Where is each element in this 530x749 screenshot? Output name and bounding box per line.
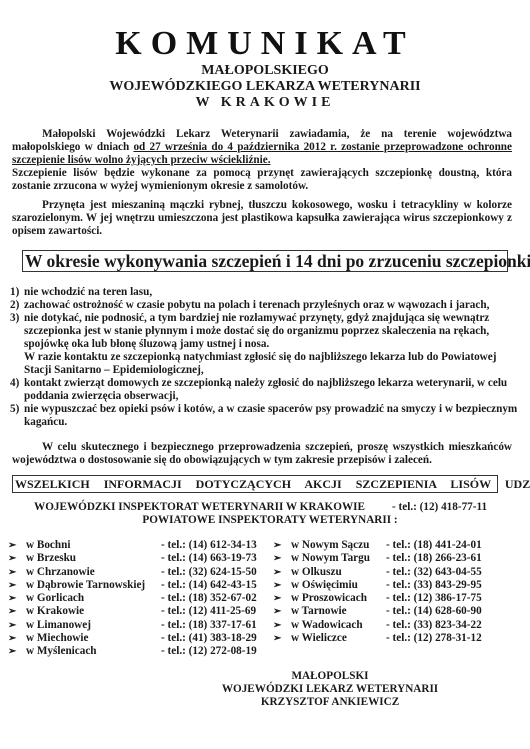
recommendations-list: 1) nie wchodzić na teren lasu, 2) zachow… [10, 286, 520, 429]
arrow-bullet-icon: ➢ [273, 592, 291, 605]
arrow-bullet-icon: ➢ [273, 552, 291, 565]
item-number: 4) [10, 377, 24, 403]
arrow-bullet-icon: ➢ [8, 645, 26, 658]
contact-row: ➢w Bochni- tel.: (14) 612-34-13 [8, 539, 258, 552]
office-location: w Miechowie [26, 632, 161, 645]
item-number: 5) [10, 403, 24, 429]
signature-name: KRZYSZTOF ANKIEWICZ [0, 696, 530, 709]
bait-description: Przynęta jest mieszaniną mączki rybnej, … [12, 199, 512, 238]
office-phone: - tel.: (14) 663-19-73 [161, 552, 257, 565]
contact-row: ➢w Wadowicach- tel.: (33) 823-34-22 [273, 619, 518, 632]
contact-row: ➢w Nowym Targu- tel.: (18) 266-23-61 [273, 552, 518, 565]
arrow-bullet-icon: ➢ [8, 552, 26, 565]
office-location: w Oświęcimiu [291, 579, 386, 592]
signature-line-2: WOJEWÓDZKI LEKARZ WETERYNARII [0, 683, 530, 696]
main-office-phone: - tel.: (12) 418-77-11 [392, 501, 487, 513]
contacts-column-left: ➢w Bochni- tel.: (14) 612-34-13➢w Brzesk… [8, 539, 258, 659]
arrow-bullet-icon: ➢ [8, 579, 26, 592]
contact-row: ➢w Myślenicach- tel.: (12) 272-08-19 [8, 645, 258, 658]
signature-line-1: MAŁOPOLSKI [0, 670, 530, 683]
list-item-note: W razie kontaktu ze szczepionką natychmi… [10, 351, 520, 377]
office-phone: - tel.: (33) 823-34-22 [386, 619, 482, 632]
office-phone: - tel.: (12) 278-31-12 [386, 632, 482, 645]
recommendations-heading: W okresie wykonywania szczepień i 14 dni… [22, 250, 508, 272]
arrow-bullet-icon: ➢ [8, 539, 26, 552]
office-phone: - tel.: (12) 386-17-75 [386, 592, 482, 605]
office-phone: - tel.: (32) 624-15-50 [161, 566, 257, 579]
office-phone: - tel.: (14) 628-60-90 [386, 605, 482, 618]
contact-row: ➢w Nowym Sączu- tel.: (18) 441-24-01 [273, 539, 518, 552]
arrow-bullet-icon: ➢ [273, 632, 291, 645]
office-location: w Olkuszu [291, 566, 386, 579]
arrow-bullet-icon: ➢ [273, 619, 291, 632]
item-number: 1) [10, 286, 24, 299]
arrow-bullet-icon: ➢ [273, 579, 291, 592]
office-location: w Dąbrowie Tarnowskiej [26, 579, 161, 592]
office-location: w Nowym Sączu [291, 539, 386, 552]
page-title: KOMUNIKAT [0, 26, 530, 62]
contact-row: ➢w Krakowie- tel.: (12) 411-25-69 [8, 605, 258, 618]
office-location: w Myślenicach [26, 645, 161, 658]
item-number: 2) [10, 299, 24, 312]
item-text: kontakt zwierząt domowych ze szczepionką… [24, 377, 520, 403]
office-location: w Gorlicach [26, 592, 161, 605]
subtitle-line-3: W KRAKOWIE [0, 94, 530, 111]
arrow-bullet-icon: ➢ [8, 592, 26, 605]
contact-row: ➢w Tarnowie- tel.: (14) 628-60-90 [273, 605, 518, 618]
office-location: w Nowym Targu [291, 552, 386, 565]
contact-row: ➢w Limanowej- tel.: (18) 337-17-61 [8, 619, 258, 632]
arrow-bullet-icon: ➢ [8, 619, 26, 632]
office-location: w Chrzanowie [26, 566, 161, 579]
office-phone: - tel.: (18) 337-17-61 [161, 619, 257, 632]
arrow-bullet-icon: ➢ [8, 632, 26, 645]
office-location: w Wadowicach [291, 619, 386, 632]
list-item: 5) nie wypuszczać bez opieki psów i kotó… [10, 403, 520, 429]
office-location: w Krakowie [26, 605, 161, 618]
list-item: 3) nie dotykać, nie podnosić, a tym bard… [10, 312, 520, 351]
item-text: nie dotykać, nie podnosić, a tym bardzie… [24, 312, 520, 351]
arrow-bullet-icon: ➢ [273, 605, 291, 618]
office-phone: - tel.: (14) 612-34-13 [161, 539, 257, 552]
contact-row: ➢w Brzesku- tel.: (14) 663-19-73 [8, 552, 258, 565]
office-location: w Proszowicach [291, 592, 386, 605]
contact-row: ➢w Wieliczce- tel.: (12) 278-31-12 [273, 632, 518, 645]
arrow-bullet-icon: ➢ [273, 566, 291, 579]
office-phone: - tel.: (33) 843-29-95 [386, 579, 482, 592]
closing-appeal: W celu skutecznego i bezpiecznego przepr… [12, 441, 512, 467]
intro-paragraph: Małopolski Wojewódzki Lekarz Weterynarii… [12, 128, 512, 193]
list-item: 2) zachować ostrożność w czasie pobytu n… [10, 299, 520, 312]
item-text: nie wypuszczać bez opieki psów i kotów, … [24, 403, 520, 429]
contact-row: ➢w Oświęcimiu- tel.: (33) 843-29-95 [273, 579, 518, 592]
contact-row: ➢w Gorlicach- tel.: (18) 352-67-02 [8, 592, 258, 605]
district-offices-heading: POWIATOWE INSPEKTORATY WETERYNARII : [0, 514, 530, 526]
list-item: 1) nie wchodzić na teren lasu, [10, 286, 520, 299]
office-location: w Tarnowie [291, 605, 386, 618]
arrow-bullet-icon: ➢ [8, 566, 26, 579]
arrow-bullet-icon: ➢ [273, 539, 291, 552]
contact-row: ➢w Chrzanowie- tel.: (32) 624-15-50 [8, 566, 258, 579]
office-location: w Wieliczce [291, 632, 386, 645]
contact-row: ➢w Miechowie- tel.: (41) 383-18-29 [8, 632, 258, 645]
item-text: zachować ostrożność w czasie pobytu na p… [24, 299, 520, 312]
office-phone: - tel.: (41) 383-18-29 [161, 632, 257, 645]
office-location: w Limanowej [26, 619, 161, 632]
contacts-heading: WSZELKICH INFORMACJI DOTYCZĄCYCH AKCJI S… [12, 475, 498, 493]
contact-row: ➢w Proszowicach- tel.: (12) 386-17-75 [273, 592, 518, 605]
subtitle-line-1: MAŁOPOLSKIEGO [0, 62, 530, 79]
contacts-column-right: ➢w Nowym Sączu- tel.: (18) 441-24-01➢w N… [273, 539, 518, 645]
office-phone: - tel.: (14) 642-43-15 [161, 579, 257, 592]
arrow-bullet-icon: ➢ [8, 605, 26, 618]
contact-row: ➢w Dąbrowie Tarnowskiej- tel.: (14) 642-… [8, 579, 258, 592]
announcement-page: KOMUNIKAT MAŁOPOLSKIEGO WOJEWÓDZKIEGO LE… [0, 0, 530, 749]
intro-method: Szczepienie lisów będzie wykonane za pom… [12, 167, 512, 193]
office-phone: - tel.: (12) 411-25-69 [161, 605, 256, 618]
main-office-name: WOJEWÓDZKI INSPEKTORAT WETERYNARII W KRA… [34, 501, 365, 513]
item-text: nie wchodzić na teren lasu, [24, 286, 520, 299]
office-location: w Brzesku [26, 552, 161, 565]
list-item: 4) kontakt zwierząt domowych ze szczepio… [10, 377, 520, 403]
office-phone: - tel.: (32) 643-04-55 [386, 566, 482, 579]
office-phone: - tel.: (18) 352-67-02 [161, 592, 257, 605]
office-phone: - tel.: (18) 441-24-01 [386, 539, 482, 552]
contact-row: ➢w Olkuszu- tel.: (32) 643-04-55 [273, 566, 518, 579]
office-phone: - tel.: (12) 272-08-19 [161, 645, 257, 658]
office-location: w Bochni [26, 539, 161, 552]
office-phone: - tel.: (18) 266-23-61 [386, 552, 482, 565]
subtitle-line-2: WOJEWÓDZKIEGO LEKARZA WETERYNARII [0, 78, 530, 95]
item-number: 3) [10, 312, 24, 351]
